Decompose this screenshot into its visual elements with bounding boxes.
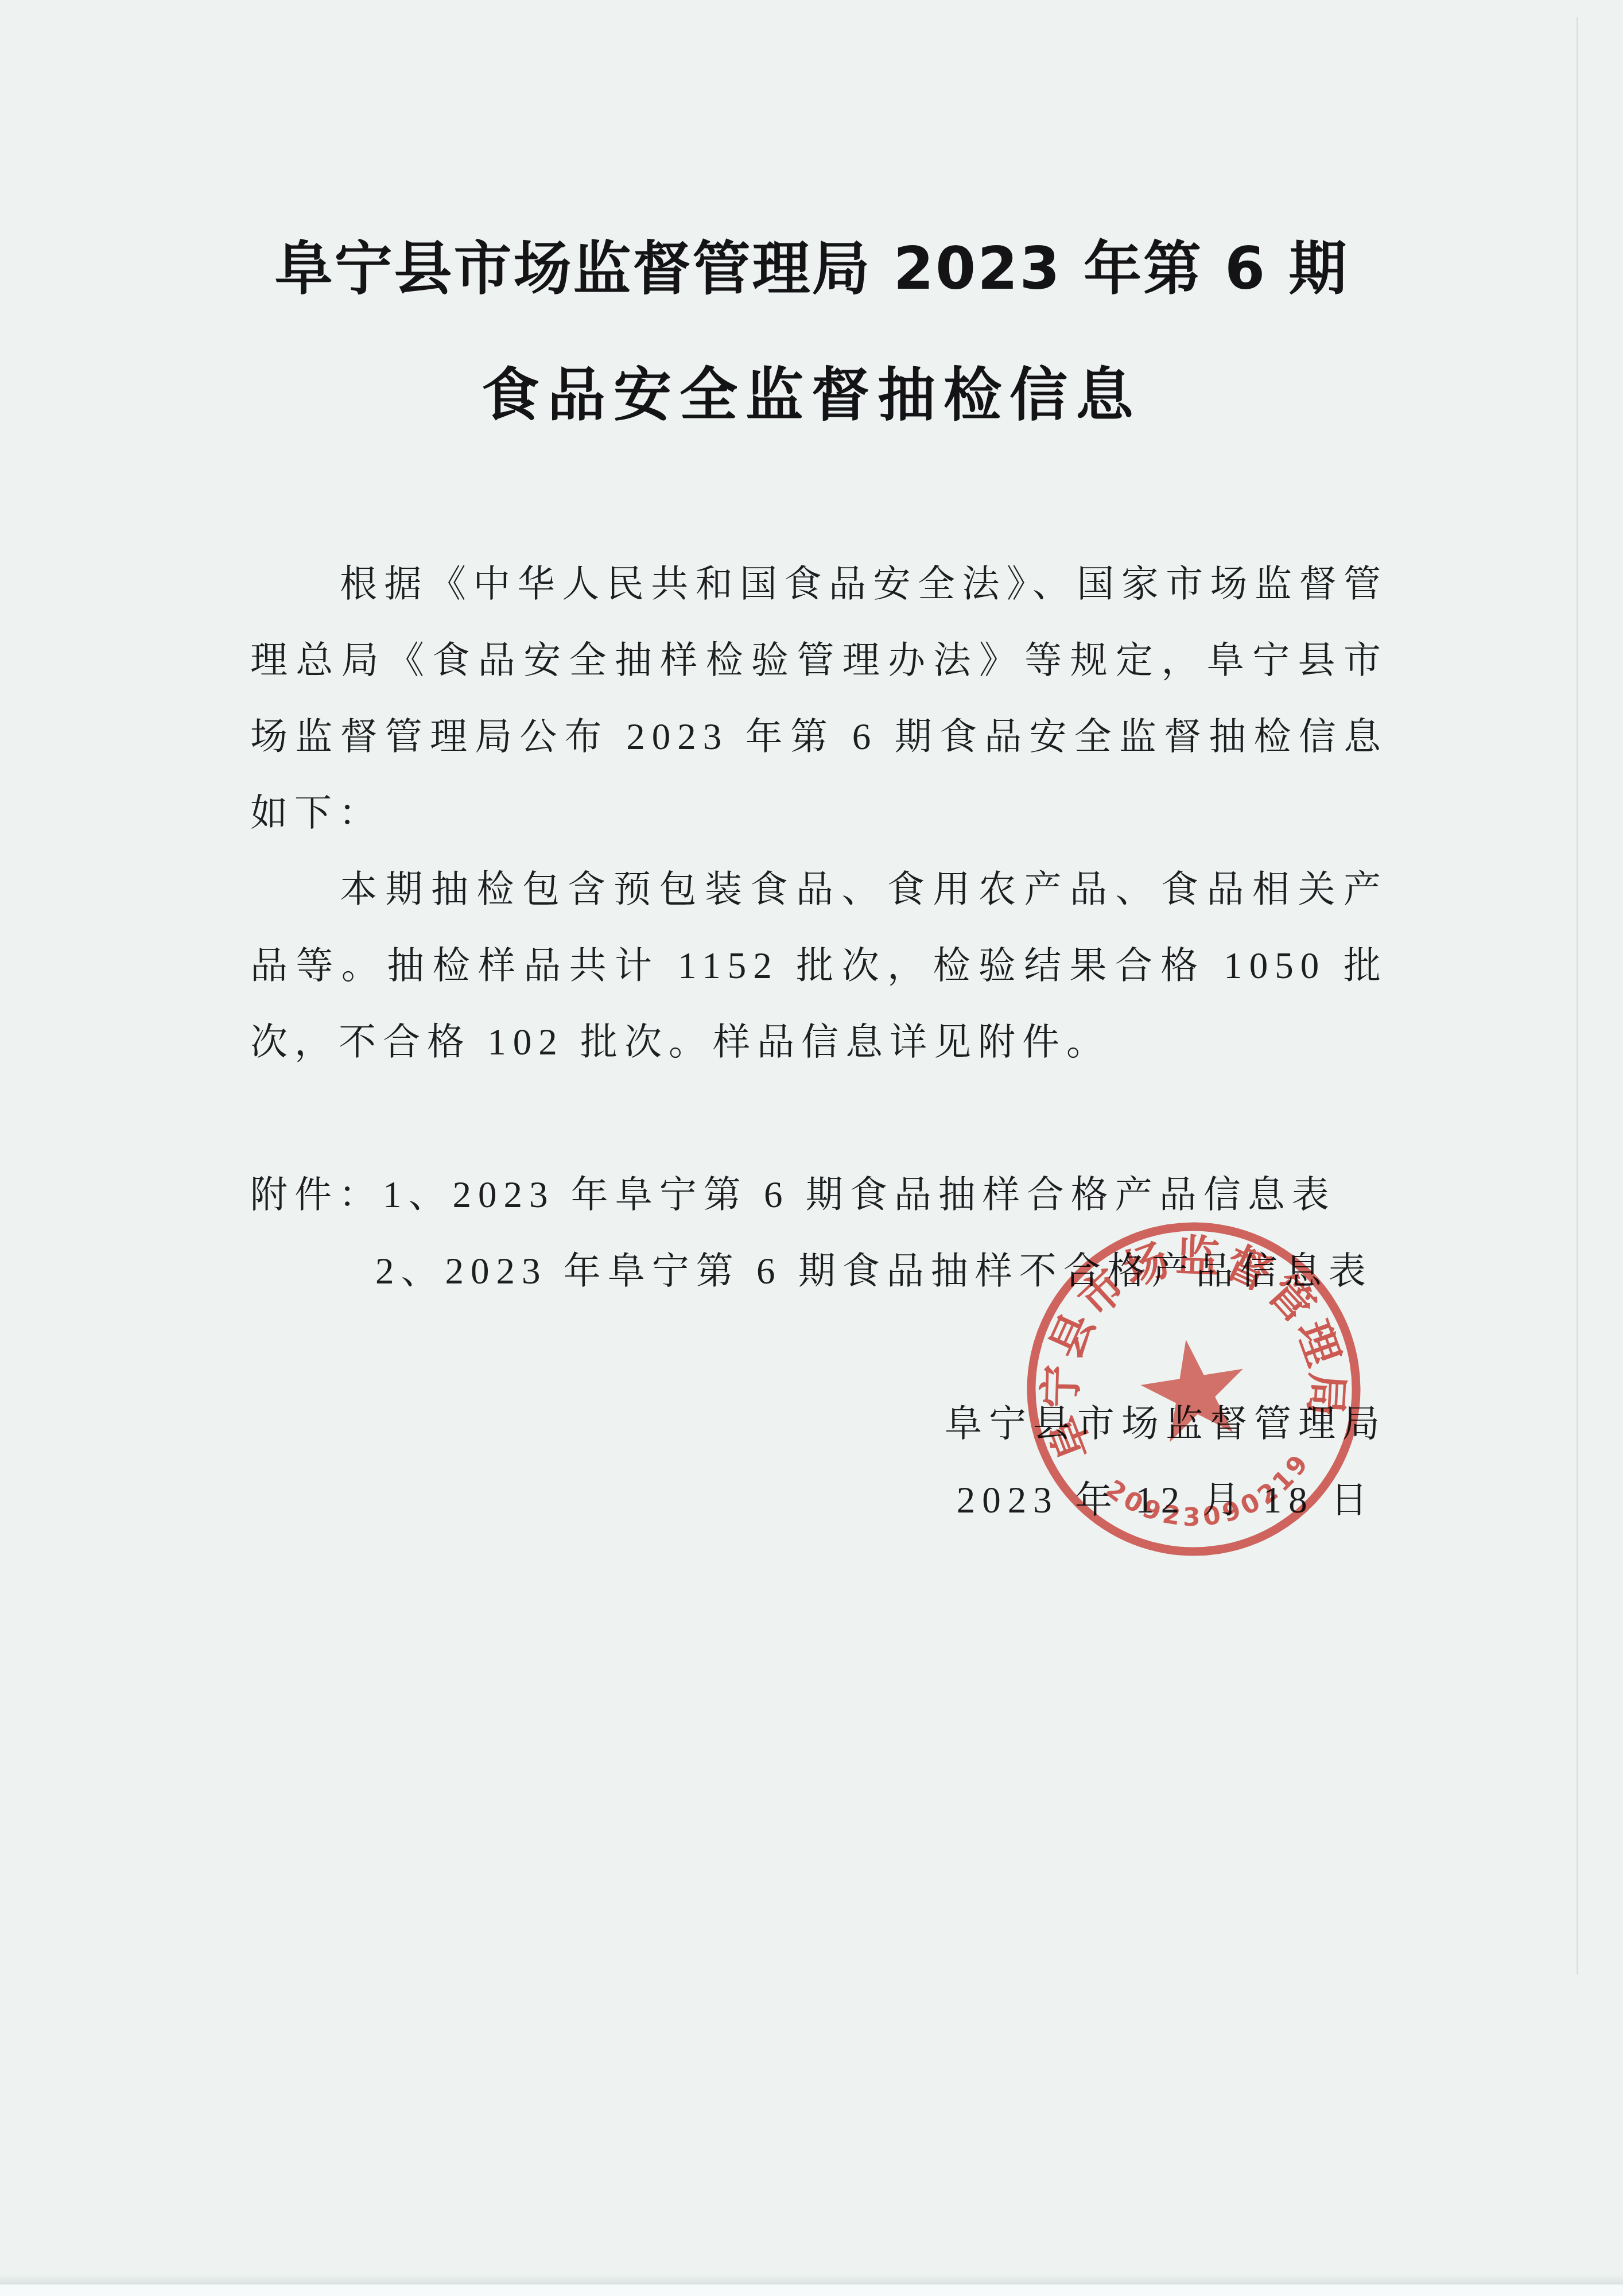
attachment-item-2: 2、2023 年阜宁第 6 期食品抽样不合格产品信息表 bbox=[250, 1234, 1388, 1310]
scan-artifact-bottom-shadow bbox=[0, 2274, 1623, 2285]
attachment-item-1: 1、2023 年阜宁第 6 期食品抽样合格产品信息表 bbox=[383, 1174, 1336, 1216]
scan-artifact-vertical-line bbox=[1577, 17, 1578, 1975]
document-title-line1: 阜宁县市场监督管理局 2023 年第 6 期 bbox=[0, 228, 1623, 309]
attachment-line-1: 附件：1、2023 年阜宁第 6 期食品抽样合格产品信息表 bbox=[250, 1157, 1388, 1234]
attachments-label: 附件： bbox=[250, 1174, 383, 1216]
signature-block: 阜宁县市场监督管理局 2023 年 12 月 18 日 bbox=[943, 1386, 1388, 1539]
paragraph-legal-basis: 根据《中华人民共和国食品安全法》、国家市场监督管理总局《食品安全抽样检验管理办法… bbox=[250, 546, 1388, 852]
document-page: 阜宁县市场监督管理局 2023 年第 6 期 食品安全监督抽检信息 根据《中华人… bbox=[0, 0, 1623, 2296]
paragraph-inspection-summary: 本期抽检包含预包装食品、食用农产品、食品相关产品等。抽检样品共计 1152 批次… bbox=[250, 852, 1388, 1081]
attachments-list: 附件：1、2023 年阜宁第 6 期食品抽样合格产品信息表 2、2023 年阜宁… bbox=[250, 1157, 1388, 1310]
document-body: 根据《中华人民共和国食品安全法》、国家市场监督管理总局《食品安全抽样检验管理办法… bbox=[250, 546, 1388, 1539]
issuer-signature: 阜宁县市场监督管理局 bbox=[943, 1386, 1388, 1463]
document-title-line2: 食品安全监督抽检信息 bbox=[0, 355, 1623, 435]
scan-artifact-bottom-edge bbox=[0, 2285, 1623, 2296]
issue-date: 2023 年 12 月 18 日 bbox=[943, 1463, 1388, 1539]
